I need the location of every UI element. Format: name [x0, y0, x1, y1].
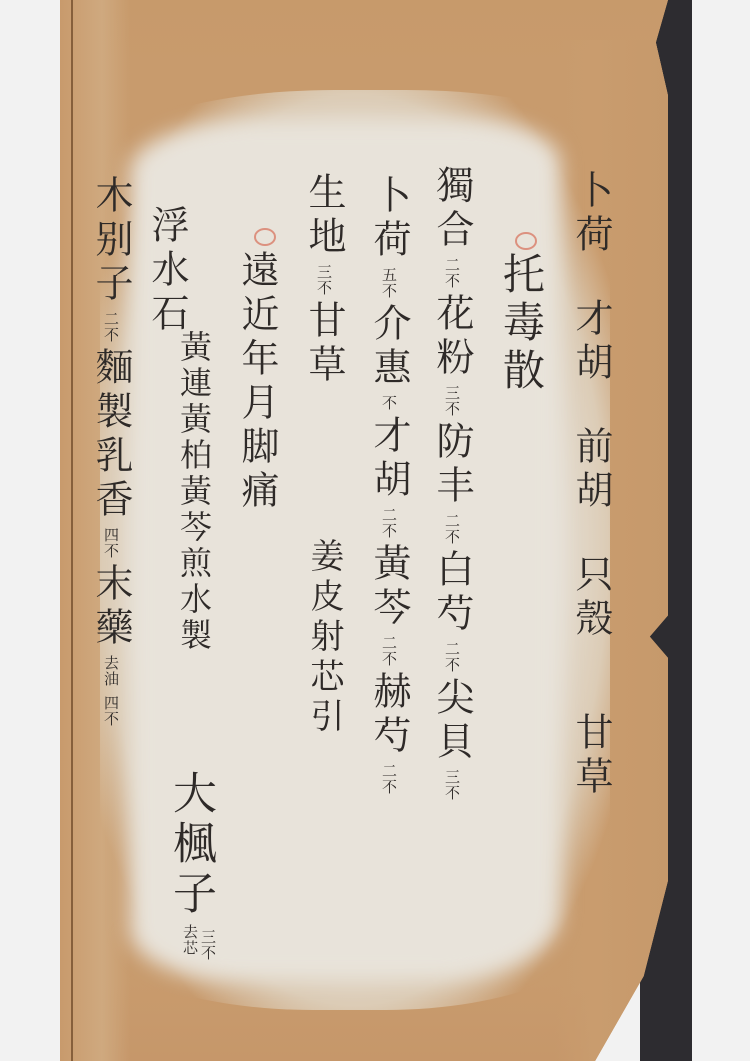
herb-fangfeng: 防丰 [430, 421, 474, 509]
herb-gancao: 甘草 [302, 300, 346, 388]
herb-bohe: 卜荷 [367, 175, 411, 263]
dose: 四不 [103, 527, 118, 559]
herb-huafen: 花粉 [430, 293, 474, 381]
text-column-7: 黃連黃柏黃芩煎水製 [178, 330, 210, 654]
dose: 二不 [444, 257, 459, 289]
herb-mubiezi: 木别子 [89, 175, 133, 307]
dose: 二不 [381, 763, 396, 795]
dose: 二不 [103, 311, 118, 343]
herb-zhiqiao: 只殼 [569, 554, 613, 642]
decoction-guide: 姜皮射芯引 [304, 538, 344, 738]
herb-chaihu: 才胡 [367, 415, 411, 503]
herb-moyao: 末藥 [89, 563, 133, 651]
herb-huangqin: 黃芩 [367, 543, 411, 631]
processing-flour: 麵製 [89, 347, 133, 435]
text-column-5: 生地三不甘草姜皮射芯引 [305, 172, 343, 738]
herb-baishao: 白芍 [430, 549, 474, 637]
text-column-4: 卜荷五不介惠不才胡二不黃芩二不赫芍二不 [370, 175, 408, 799]
processing-note: 去油 [103, 655, 118, 687]
text-column-2-title: 托毒散 [500, 252, 542, 396]
binding-edge-line [71, 0, 73, 1061]
text-column-3: 獨合二不花粉三不防丰二不白芍二不尖貝三不 [433, 165, 471, 805]
dose: 三不 [200, 929, 215, 961]
dose: 二不 [381, 507, 396, 539]
herb-jiehui: 介惠 [367, 303, 411, 391]
text-column-8: 浮水石 [148, 205, 186, 337]
herb-bohe: 卜荷 [569, 170, 613, 258]
dose: 二不 [444, 513, 459, 545]
dose: 四不 [103, 695, 118, 727]
herb-duhuo: 獨合 [430, 165, 474, 253]
herb-chaihu: 才胡 [569, 298, 613, 386]
dose: 不 [381, 395, 396, 411]
dose: 三不 [444, 385, 459, 417]
herb-fushuishi: 浮水石 [145, 205, 189, 337]
herb-gancao: 甘草 [569, 712, 613, 800]
indication-foot-pain: 遠近年月脚痛 [235, 250, 279, 514]
prescription-title: 托毒散 [497, 252, 546, 396]
herb-jianbei: 尖貝 [430, 677, 474, 765]
dose: 三不 [316, 264, 331, 296]
preparation-note: 黃連黃柏黃芩煎水製 [175, 330, 213, 654]
dose-column-7: 三不 [200, 925, 216, 965]
manuscript-page: 卜荷才胡前胡只殼甘草 托毒散 獨合二不花粉三不防丰二不白芍二不尖貝三不 卜荷五不… [60, 0, 668, 1061]
dose: 二不 [381, 635, 396, 667]
red-circle-mark-2 [254, 228, 276, 246]
herb-dafengzi: 大楓子 [165, 770, 216, 920]
herb-qianhu: 前胡 [569, 426, 613, 514]
dose: 三不 [444, 769, 459, 801]
herb-shengdi: 生地 [302, 172, 346, 260]
processing-note: 去芯 [182, 924, 197, 956]
text-column-1: 卜荷才胡前胡只殼甘草 [572, 170, 610, 800]
herb-ruxiang: 乳香 [89, 435, 133, 523]
text-column-6: 遠近年月脚痛 [238, 250, 276, 514]
text-column-9: 木别子二不麵製乳香四不末藥去油四不 [92, 175, 130, 731]
red-circle-mark-1 [515, 232, 537, 250]
dose: 五不 [381, 267, 396, 299]
herb-chishao: 赫芍 [367, 671, 411, 759]
dose: 二不 [444, 641, 459, 673]
